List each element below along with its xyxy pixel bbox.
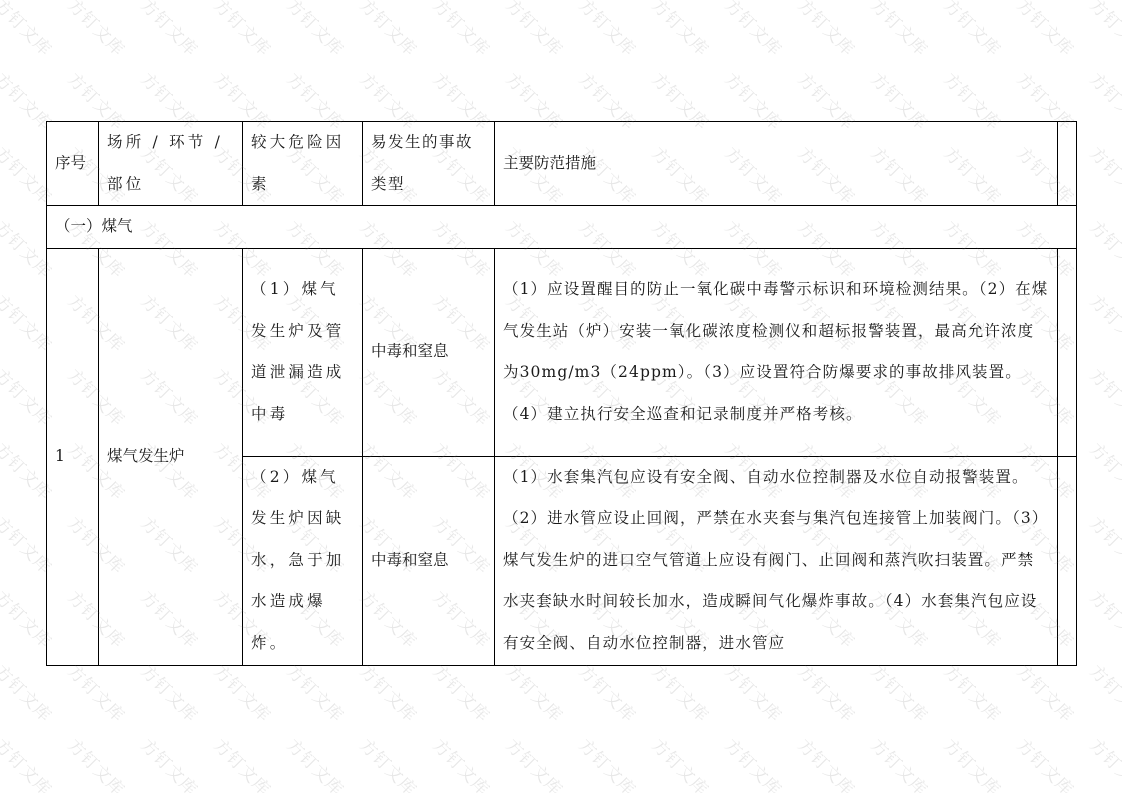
watermark-text: 方钉文库 — [1012, 732, 1081, 793]
header-location: 场所 / 环节 / 部位 — [99, 122, 243, 206]
row-seq: 1 — [47, 248, 99, 665]
header-seq: 序号 — [47, 122, 99, 206]
header-accident-type: 易发生的事故类型 — [363, 122, 495, 206]
watermark-text: 方钉文库 — [793, 0, 862, 61]
watermark-text: 方钉文库 — [720, 0, 789, 61]
watermark-text: 方钉文库 — [63, 658, 132, 727]
watermark-text: 方钉文库 — [501, 658, 570, 727]
watermark-text: 方钉文库 — [282, 732, 351, 793]
watermark-text: 方钉文库 — [1085, 436, 1122, 505]
watermark-text: 方钉文库 — [0, 658, 59, 727]
watermark-text: 方钉文库 — [63, 732, 132, 793]
watermark-text: 方钉文库 — [1085, 362, 1122, 431]
watermark-text: 方钉文库 — [720, 658, 789, 727]
row-extra — [1058, 248, 1077, 456]
watermark-text: 方钉文库 — [1085, 732, 1122, 793]
table-header-row: 序号 场所 / 环节 / 部位 较大危险因素 易发生的事故类型 主要防范措施 — [47, 122, 1077, 206]
header-measures: 主要防范措施 — [495, 122, 1058, 206]
watermark-text: 方钉文库 — [63, 0, 132, 61]
watermark-text: 方钉文库 — [647, 658, 716, 727]
watermark-text: 方钉文库 — [1085, 288, 1122, 357]
row-accident-type: 中毒和窒息 — [363, 456, 495, 665]
row-location: 煤气发生炉 — [99, 248, 243, 665]
watermark-text: 方钉文库 — [1085, 584, 1122, 653]
header-hazard: 较大危险因素 — [243, 122, 363, 206]
watermark-text: 方钉文库 — [939, 0, 1008, 61]
watermark-text: 方钉文库 — [355, 732, 424, 793]
watermark-text: 方钉文库 — [647, 0, 716, 61]
watermark-text: 方钉文库 — [793, 732, 862, 793]
watermark-text: 方钉文库 — [428, 658, 497, 727]
watermark-text: 方钉文库 — [866, 732, 935, 793]
watermark-text: 方钉文库 — [136, 732, 205, 793]
section-label: （一）煤气 — [47, 206, 1077, 249]
watermark-text: 方钉文库 — [574, 658, 643, 727]
watermark-text: 方钉文库 — [209, 0, 278, 61]
watermark-text: 方钉文库 — [209, 732, 278, 793]
watermark-text: 方钉文库 — [0, 732, 59, 793]
watermark-text: 方钉文库 — [501, 732, 570, 793]
watermark-text: 方钉文库 — [428, 0, 497, 61]
row-accident-type: 中毒和窒息 — [363, 248, 495, 456]
watermark-text: 方钉文库 — [355, 0, 424, 61]
watermark-text: 方钉文库 — [866, 0, 935, 61]
watermark-text: 方钉文库 — [574, 732, 643, 793]
watermark-text: 方钉文库 — [1085, 0, 1122, 61]
header-extra — [1058, 122, 1077, 206]
watermark-text: 方钉文库 — [1085, 140, 1122, 209]
watermark-text: 方钉文库 — [720, 732, 789, 793]
watermark-text: 方钉文库 — [355, 658, 424, 727]
row-measures: （1）应设置醒目的防止一氧化碳中毒警示标识和环境检测结果。（2）在煤气发生站（炉… — [495, 248, 1058, 456]
watermark-text: 方钉文库 — [866, 658, 935, 727]
watermark-text: 方钉文库 — [428, 732, 497, 793]
watermark-text: 方钉文库 — [574, 0, 643, 61]
table-row: 1 煤气发生炉 （1）煤气发生炉及管道泄漏造成中毒 中毒和窒息 （1）应设置醒目… — [47, 248, 1077, 456]
watermark-text: 方钉文库 — [282, 658, 351, 727]
watermark-text: 方钉文库 — [1012, 0, 1081, 61]
watermark-text: 方钉文库 — [136, 658, 205, 727]
watermark-text: 方钉文库 — [939, 732, 1008, 793]
watermark-text: 方钉文库 — [282, 0, 351, 61]
watermark-text: 方钉文库 — [0, 0, 59, 61]
watermark-text: 方钉文库 — [1085, 214, 1122, 283]
watermark-text: 方钉文库 — [501, 0, 570, 61]
watermark-text: 方钉文库 — [136, 0, 205, 61]
watermark-text: 方钉文库 — [793, 658, 862, 727]
watermark-text: 方钉文库 — [209, 658, 278, 727]
row-hazard: （2）煤气发生炉因缺水，急于加水造成爆炸。 — [243, 456, 363, 665]
row-measures: （1）水套集汽包应设有安全阀、自动水位控制器及水位自动报警装置。（2）进水管应设… — [495, 456, 1058, 665]
watermark-text: 方钉文库 — [939, 658, 1008, 727]
row-hazard: （1）煤气发生炉及管道泄漏造成中毒 — [243, 248, 363, 456]
row-extra — [1058, 456, 1077, 665]
watermark-text: 方钉文库 — [1085, 66, 1122, 135]
watermark-text: 方钉文库 — [1085, 658, 1122, 727]
watermark-text: 方钉文库 — [1085, 510, 1122, 579]
watermark-text: 方钉文库 — [647, 732, 716, 793]
watermark-text: 方钉文库 — [1012, 658, 1081, 727]
section-row: （一）煤气 — [47, 206, 1077, 249]
hazard-table: 序号 场所 / 环节 / 部位 较大危险因素 易发生的事故类型 主要防范措施 （… — [46, 121, 1077, 666]
